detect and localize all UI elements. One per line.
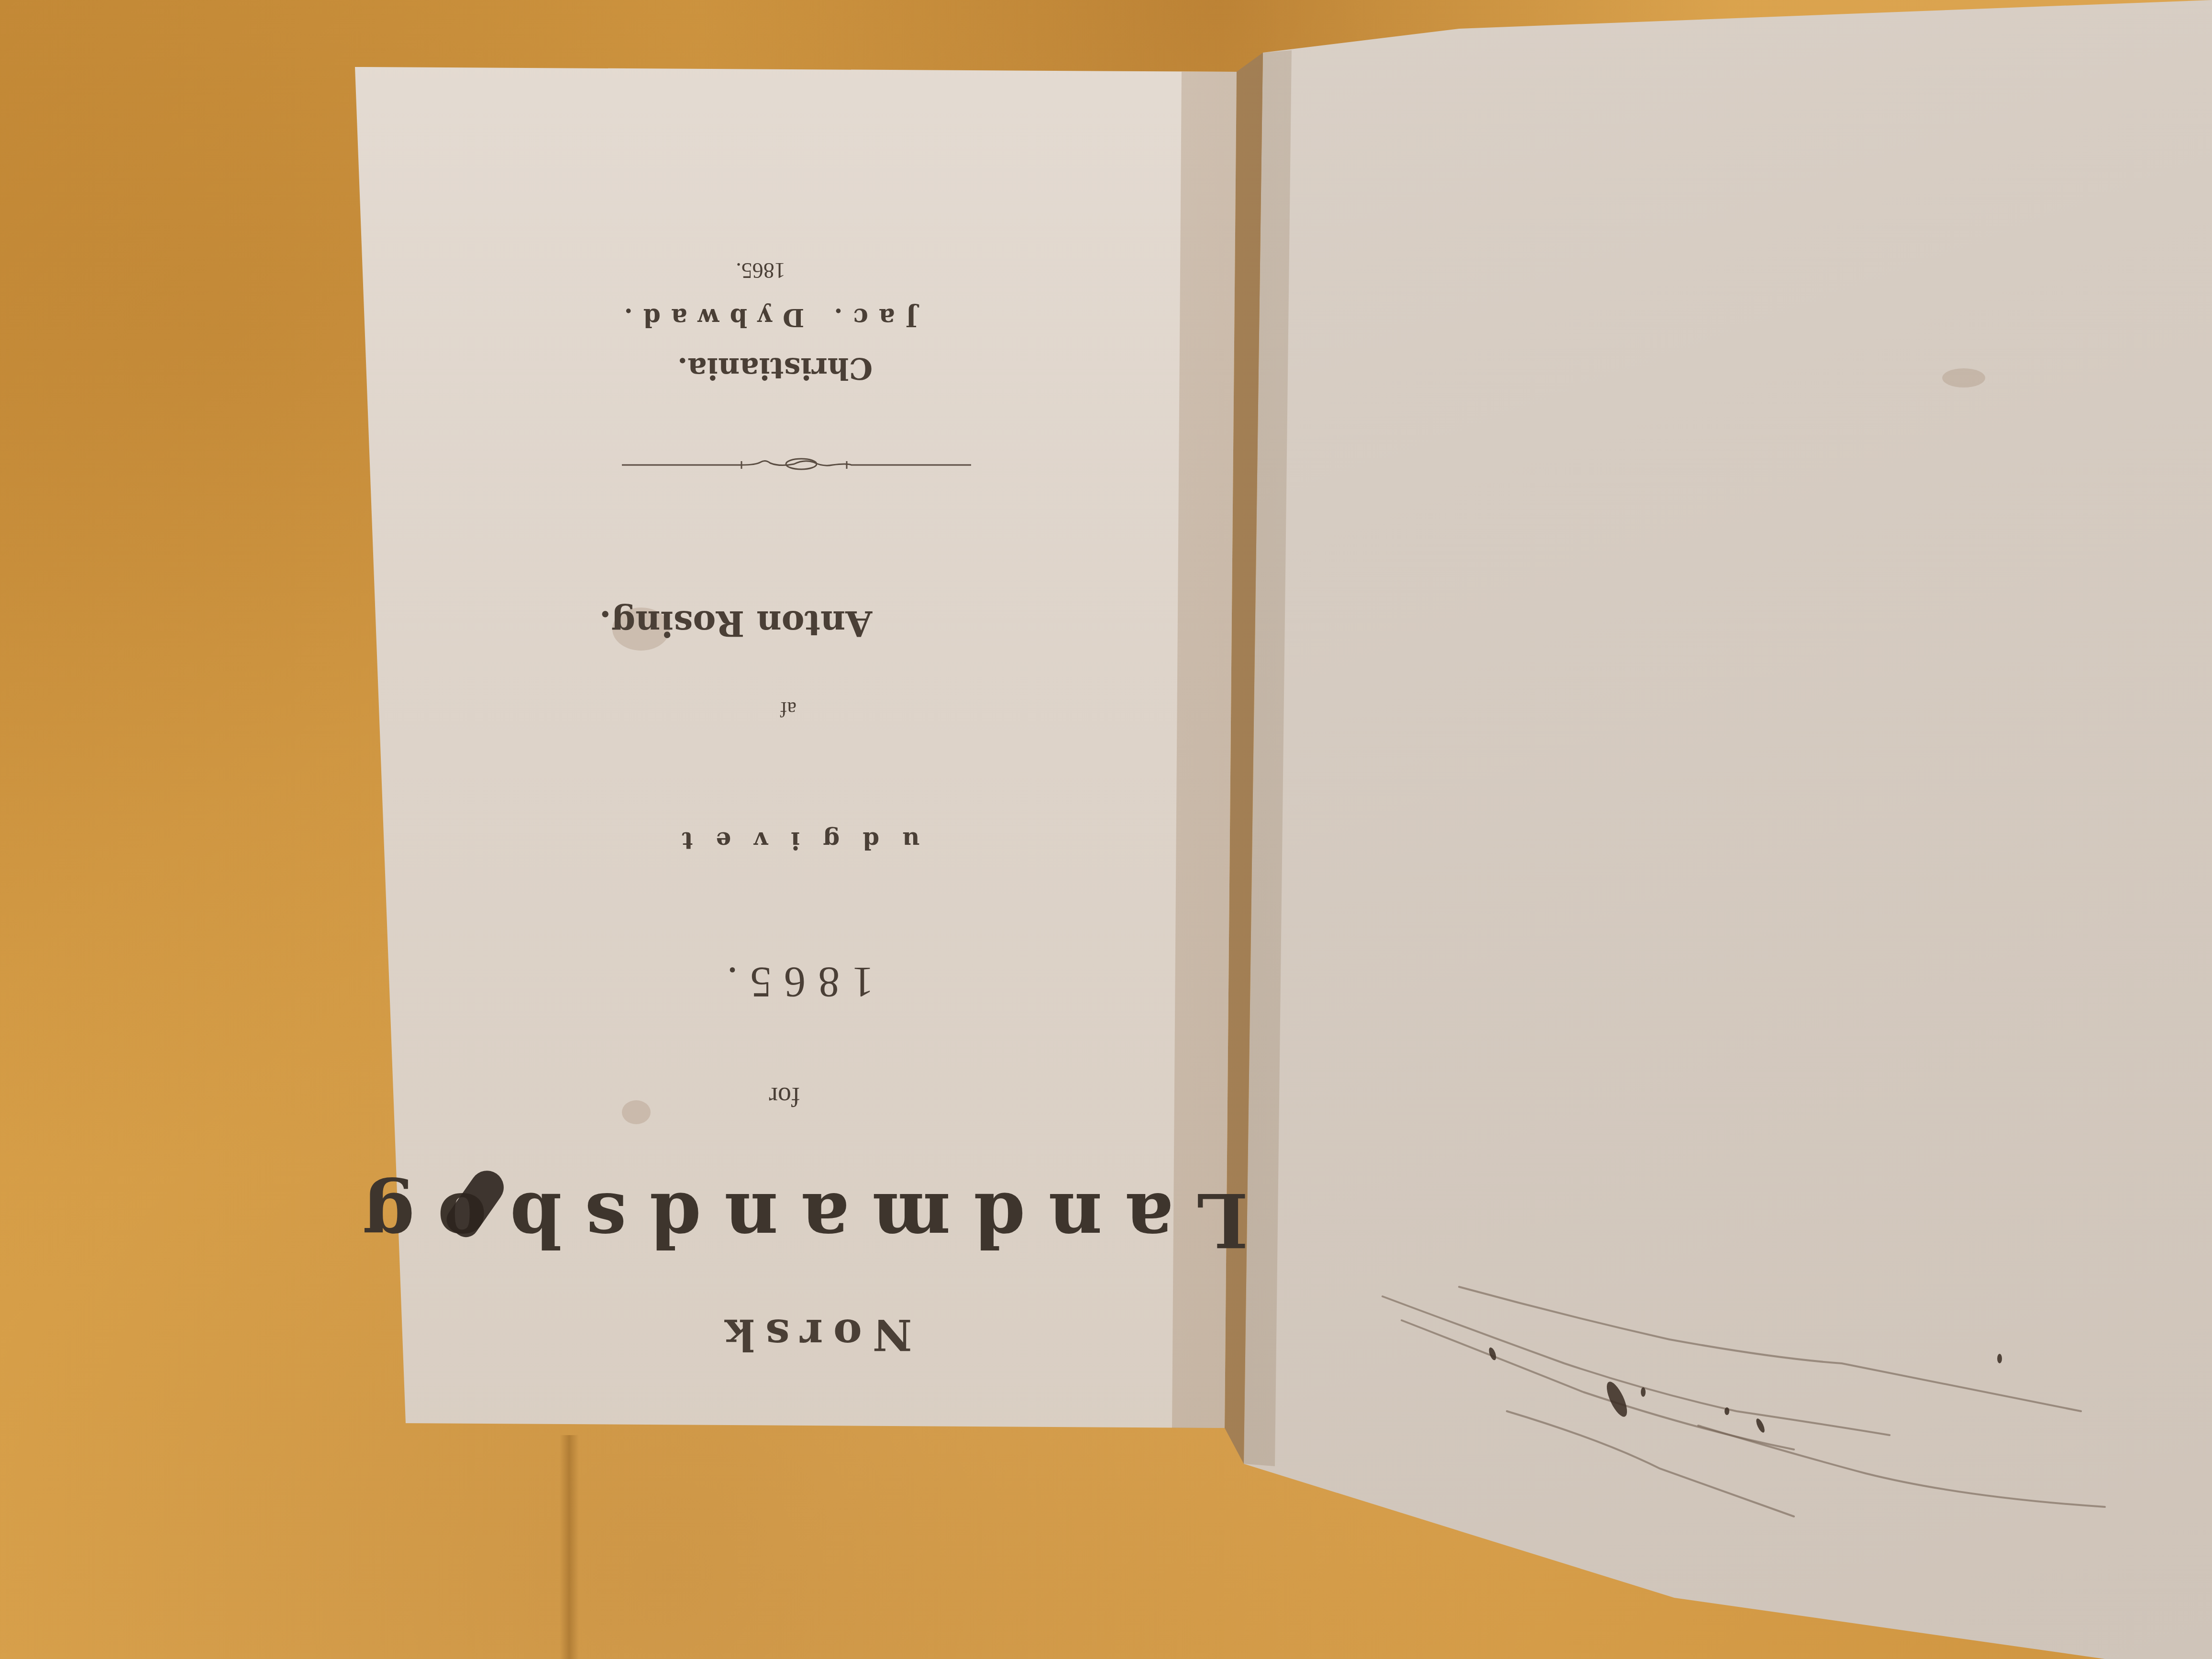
- paper-stain: [622, 1100, 651, 1124]
- paper-stain: [612, 608, 670, 651]
- cloth-fold: [560, 1435, 579, 1659]
- paper-stain: [1942, 368, 1985, 387]
